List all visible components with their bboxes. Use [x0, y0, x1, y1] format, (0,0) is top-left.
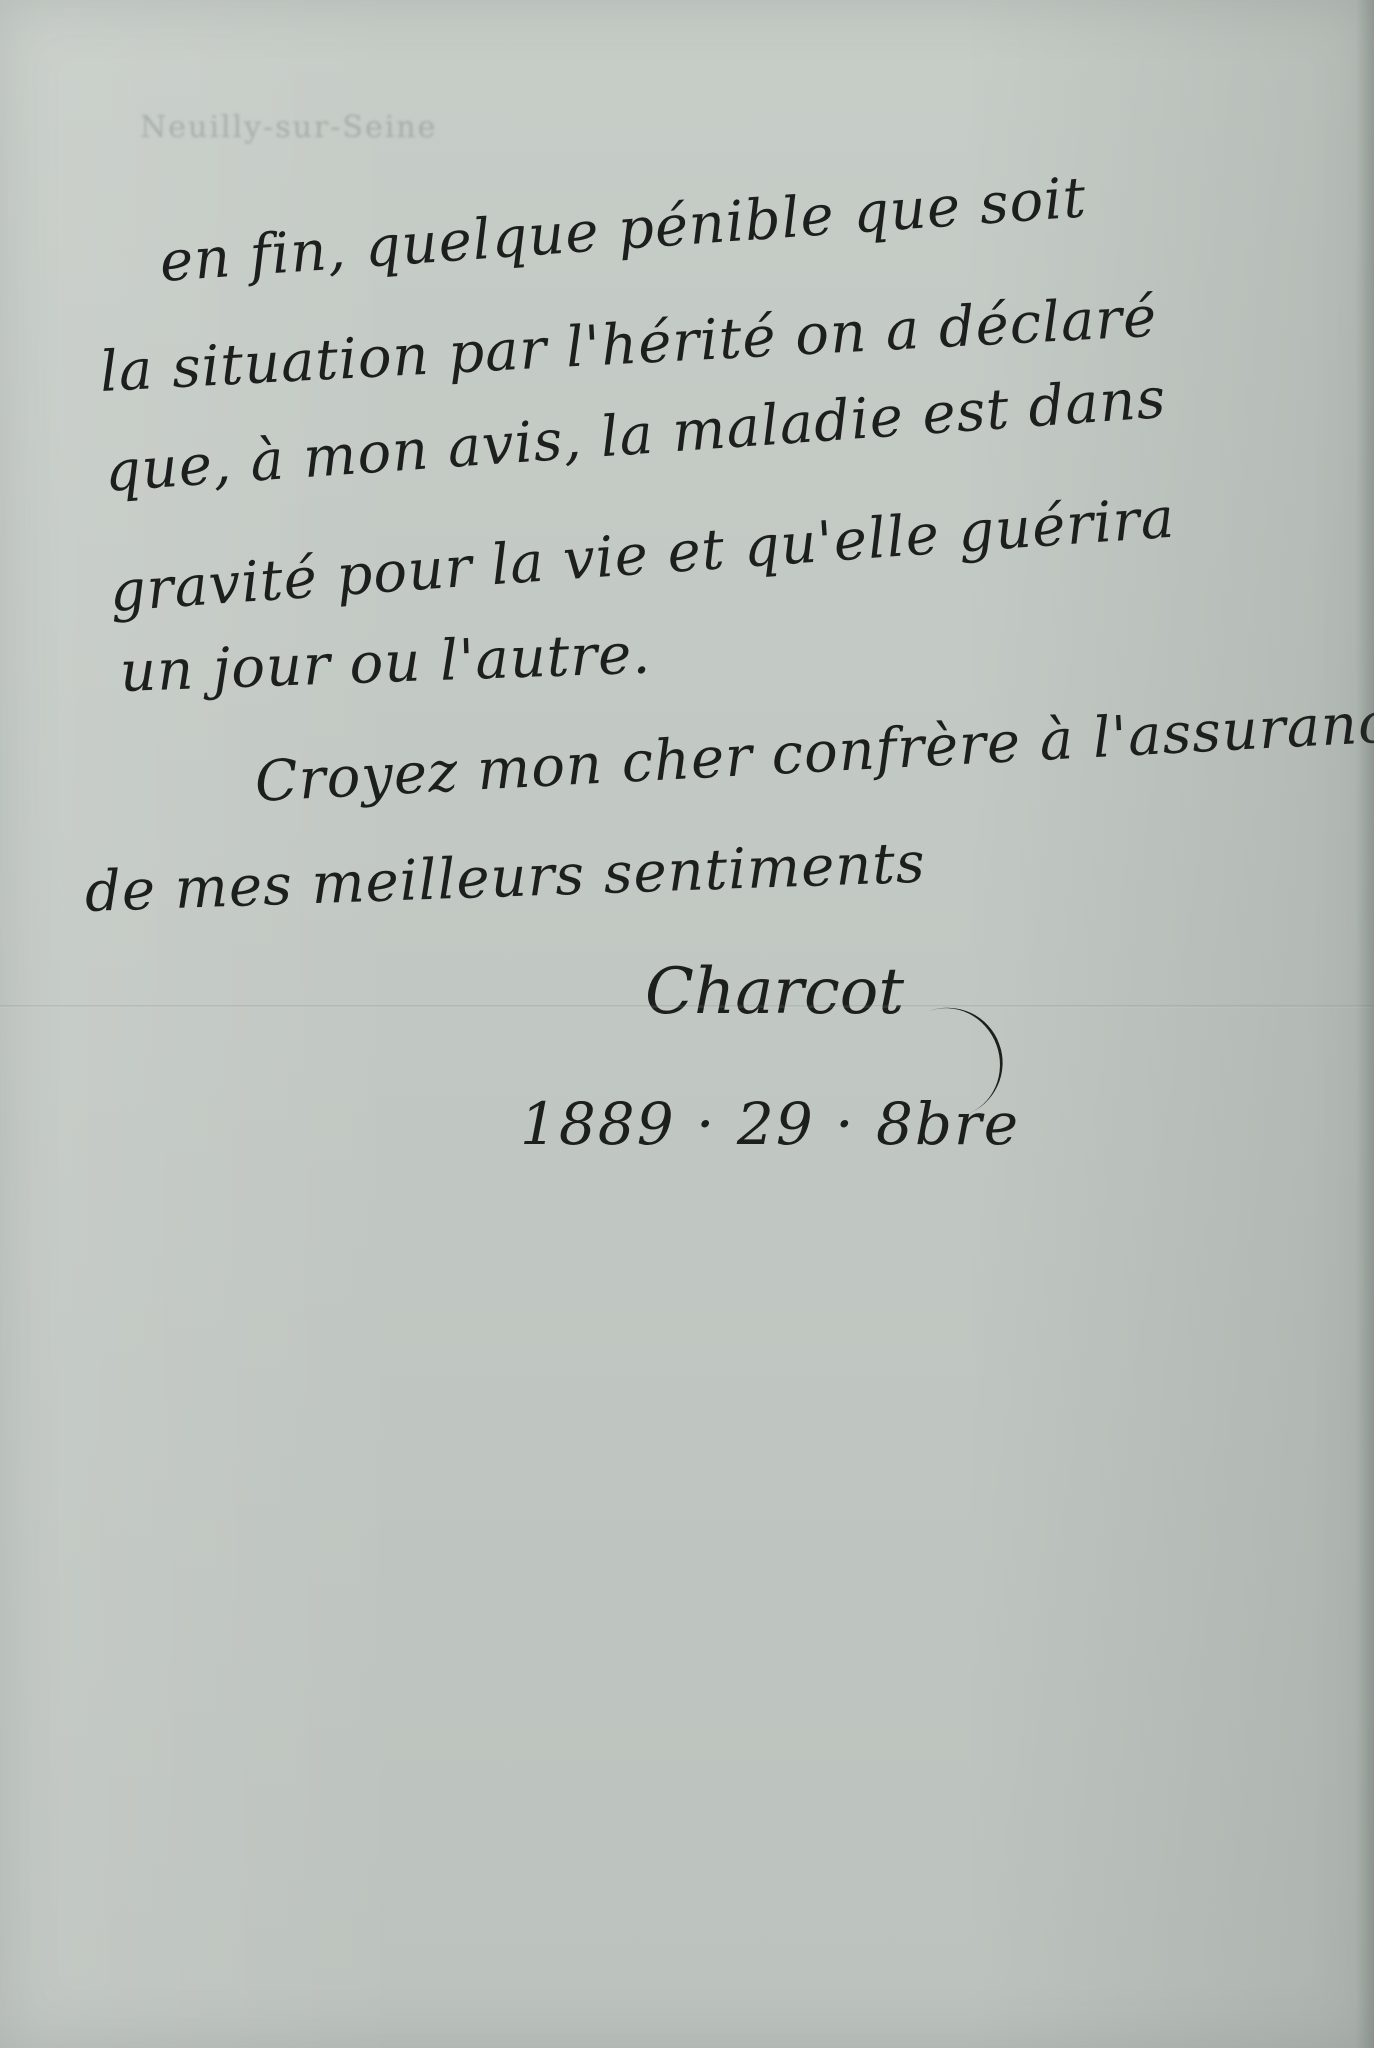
- paper-edge-shadow: [1356, 0, 1374, 2048]
- paper-fold: [0, 1005, 1374, 1008]
- letter-sheet: Neuilly-sur-Seine en fin, quelque pénibl…: [0, 0, 1374, 2048]
- letter-line-5: un jour ou l'autre.: [119, 621, 652, 704]
- letter-line-4: gravité pour la vie et qu'elle guérira: [108, 486, 1177, 625]
- closing-line-1: Croyez mon cher confrère à l'assurance: [253, 689, 1374, 815]
- signature: Charcot: [645, 955, 904, 1029]
- letter-line-1: en fin, quelque pénible que soit: [158, 165, 1089, 295]
- letterhead-faint: Neuilly-sur-Seine: [140, 110, 437, 145]
- closing-line-2: de mes meilleurs sentiments: [84, 831, 927, 925]
- letter-date: 1889 · 29 · 8bre: [520, 1090, 1020, 1158]
